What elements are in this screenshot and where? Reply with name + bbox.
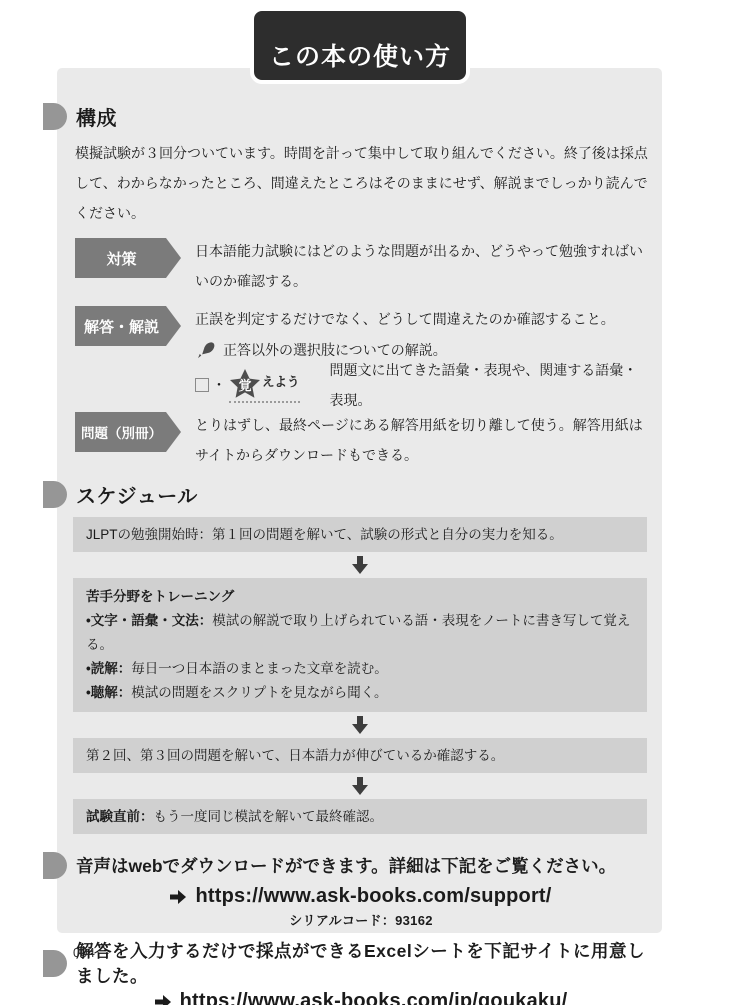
audio-url: https://www.ask-books.com/support/ [195, 885, 551, 908]
intro-paragraph: 模擬試験が３回分ついています。時間を計って集中して取り組んでください。終了後は採… [75, 138, 661, 228]
half-circle-bullet-icon [43, 103, 67, 130]
excel-text: 解答を入力するだけで採点ができるExcelシートを下記サイトに用意しました。 [76, 938, 647, 988]
excel-url: https://www.ask-books.com/jp/goukaku/ [180, 990, 568, 1005]
schedule-step-3: 第２回、第３回の問題を解いて、日本語力が伸びているか確認する。 [73, 738, 647, 773]
page-title: この本の使い方 [269, 37, 451, 73]
step2-title: 苦手分野をトレーニング [86, 589, 234, 604]
step2-item: •聴解：模試の問題をスクリプトを見ながら聞く。 [86, 681, 634, 705]
kaisetsu-line1: 正誤を判定するだけでなく、どうして間違えたのか確認すること。 [195, 304, 647, 334]
audio-section-heading: 音声はwebでダウンロードができます。詳細は下記をご覧ください。 [43, 852, 647, 879]
excel-url-row: https://www.ask-books.com/jp/goukaku/ [75, 990, 647, 1005]
down-arrow-icon [352, 777, 368, 795]
down-arrow-icon [352, 556, 368, 574]
step2-item-label: •読解： [86, 661, 131, 676]
step4-label: 試験直前： [86, 809, 154, 824]
half-circle-bullet-icon [43, 481, 67, 508]
kaisetsu-star-note: 問題文に出てきた語彙・表現や、関連する語彙・表現。 [330, 355, 647, 415]
section-heading-label: スケジュール [76, 480, 198, 509]
arrow-label-mondai: 問題（別冊） [75, 412, 181, 452]
step4-text: もう一度同じ模試を解いて最終確認。 [154, 809, 384, 824]
step2-item: •文字・語彙・文法：模試の解説で取り上げられている語・表現をノートに書き写して覚… [86, 609, 634, 657]
step2-item-label: •聴解： [86, 685, 131, 700]
star-suffix: えよう [262, 367, 300, 400]
section-heading-label: 構成 [76, 102, 117, 131]
usage-desc-mondai: とりはずし、最終ページにある解答用紙を切り離して使う。解答用紙はサイトからダウン… [195, 410, 647, 470]
section-heading-schedule: スケジュール [43, 480, 647, 509]
remember-star-group: 覚 えよう [229, 367, 300, 403]
right-arrow-icon [155, 995, 171, 1005]
schedule-step-4: 試験直前：もう一度同じ模試を解いて最終確認。 [73, 799, 647, 834]
excel-section-heading: 解答を入力するだけで採点ができるExcelシートを下記サイトに用意しました。 [43, 938, 647, 988]
checkbox-separator: ・ [212, 370, 226, 400]
schedule-step-1: JLPTの勉強開始時：第１回の問題を解いて、試験の形式と自分の実力を知る。 [73, 517, 647, 552]
usage-rows: 対策 日本語能力試験にはどのような問題が出るか、どうやって勉強すればいいのか確認… [75, 236, 647, 470]
usage-desc-taisaku: 日本語能力試験にはどのような問題が出るか、どうやって勉強すればいいのか確認する。 [195, 236, 647, 296]
usage-row-kaisetsu: 解答・解説 正誤を判定するだけでなく、どうして間違えたのか確認すること。 正答以… [75, 304, 647, 404]
section-heading-kousei: 構成 [43, 102, 647, 131]
step2-item-label: •文字・語彙・文法： [86, 613, 212, 628]
step2-item-text: 毎日一つ日本語のまとまった文章を読む。 [131, 661, 388, 676]
step2-item: •読解：毎日一つ日本語のまとまった文章を読む。 [86, 657, 634, 681]
schedule-steps: JLPTの勉強開始時：第１回の問題を解いて、試験の形式と自分の実力を知る。 苦手… [73, 517, 647, 834]
page-title-box: この本の使い方 [250, 7, 470, 84]
serial-code: シリアルコード：93162 [75, 910, 647, 929]
arrow-label-kaisetsu: 解答・解説 [75, 306, 181, 346]
kaisetsu-star-line: ・ 覚 えよう 問題文に出てきた語彙・表現や、関連する語彙・表現。 [195, 366, 647, 404]
content-panel: 構成 模擬試験が３回分ついています。時間を計って集中して取り組んでください。終了… [57, 68, 662, 933]
right-arrow-icon [170, 890, 186, 904]
page-number: 004 [73, 946, 95, 960]
checkbox-icon [195, 378, 209, 392]
audio-url-row: https://www.ask-books.com/support/ [75, 885, 647, 908]
step2-item-text: 模試の問題をスクリプトを見ながら聞く。 [131, 685, 387, 700]
usage-row-taisaku: 対策 日本語能力試験にはどのような問題が出るか、どうやって勉強すればいいのか確認… [75, 236, 647, 296]
usage-desc-kaisetsu: 正誤を判定するだけでなく、どうして間違えたのか確認すること。 正答以外の選択肢に… [195, 304, 647, 404]
half-circle-bullet-icon [43, 852, 67, 879]
pencil-icon [195, 340, 216, 361]
audio-text: 音声はwebでダウンロードができます。詳細は下記をご覧ください。 [76, 853, 616, 878]
arrow-label-taisaku: 対策 [75, 238, 181, 278]
schedule-step-2: 苦手分野をトレーニング •文字・語彙・文法：模試の解説で取り上げられている語・表… [73, 578, 647, 712]
usage-row-mondai: 問題（別冊） とりはずし、最終ページにある解答用紙を切り離して使う。解答用紙はサ… [75, 410, 647, 470]
down-arrow-icon [352, 716, 368, 734]
star-icon: 覚 [229, 368, 261, 400]
half-circle-bullet-icon [43, 950, 67, 977]
star-character: 覚 [238, 371, 251, 401]
